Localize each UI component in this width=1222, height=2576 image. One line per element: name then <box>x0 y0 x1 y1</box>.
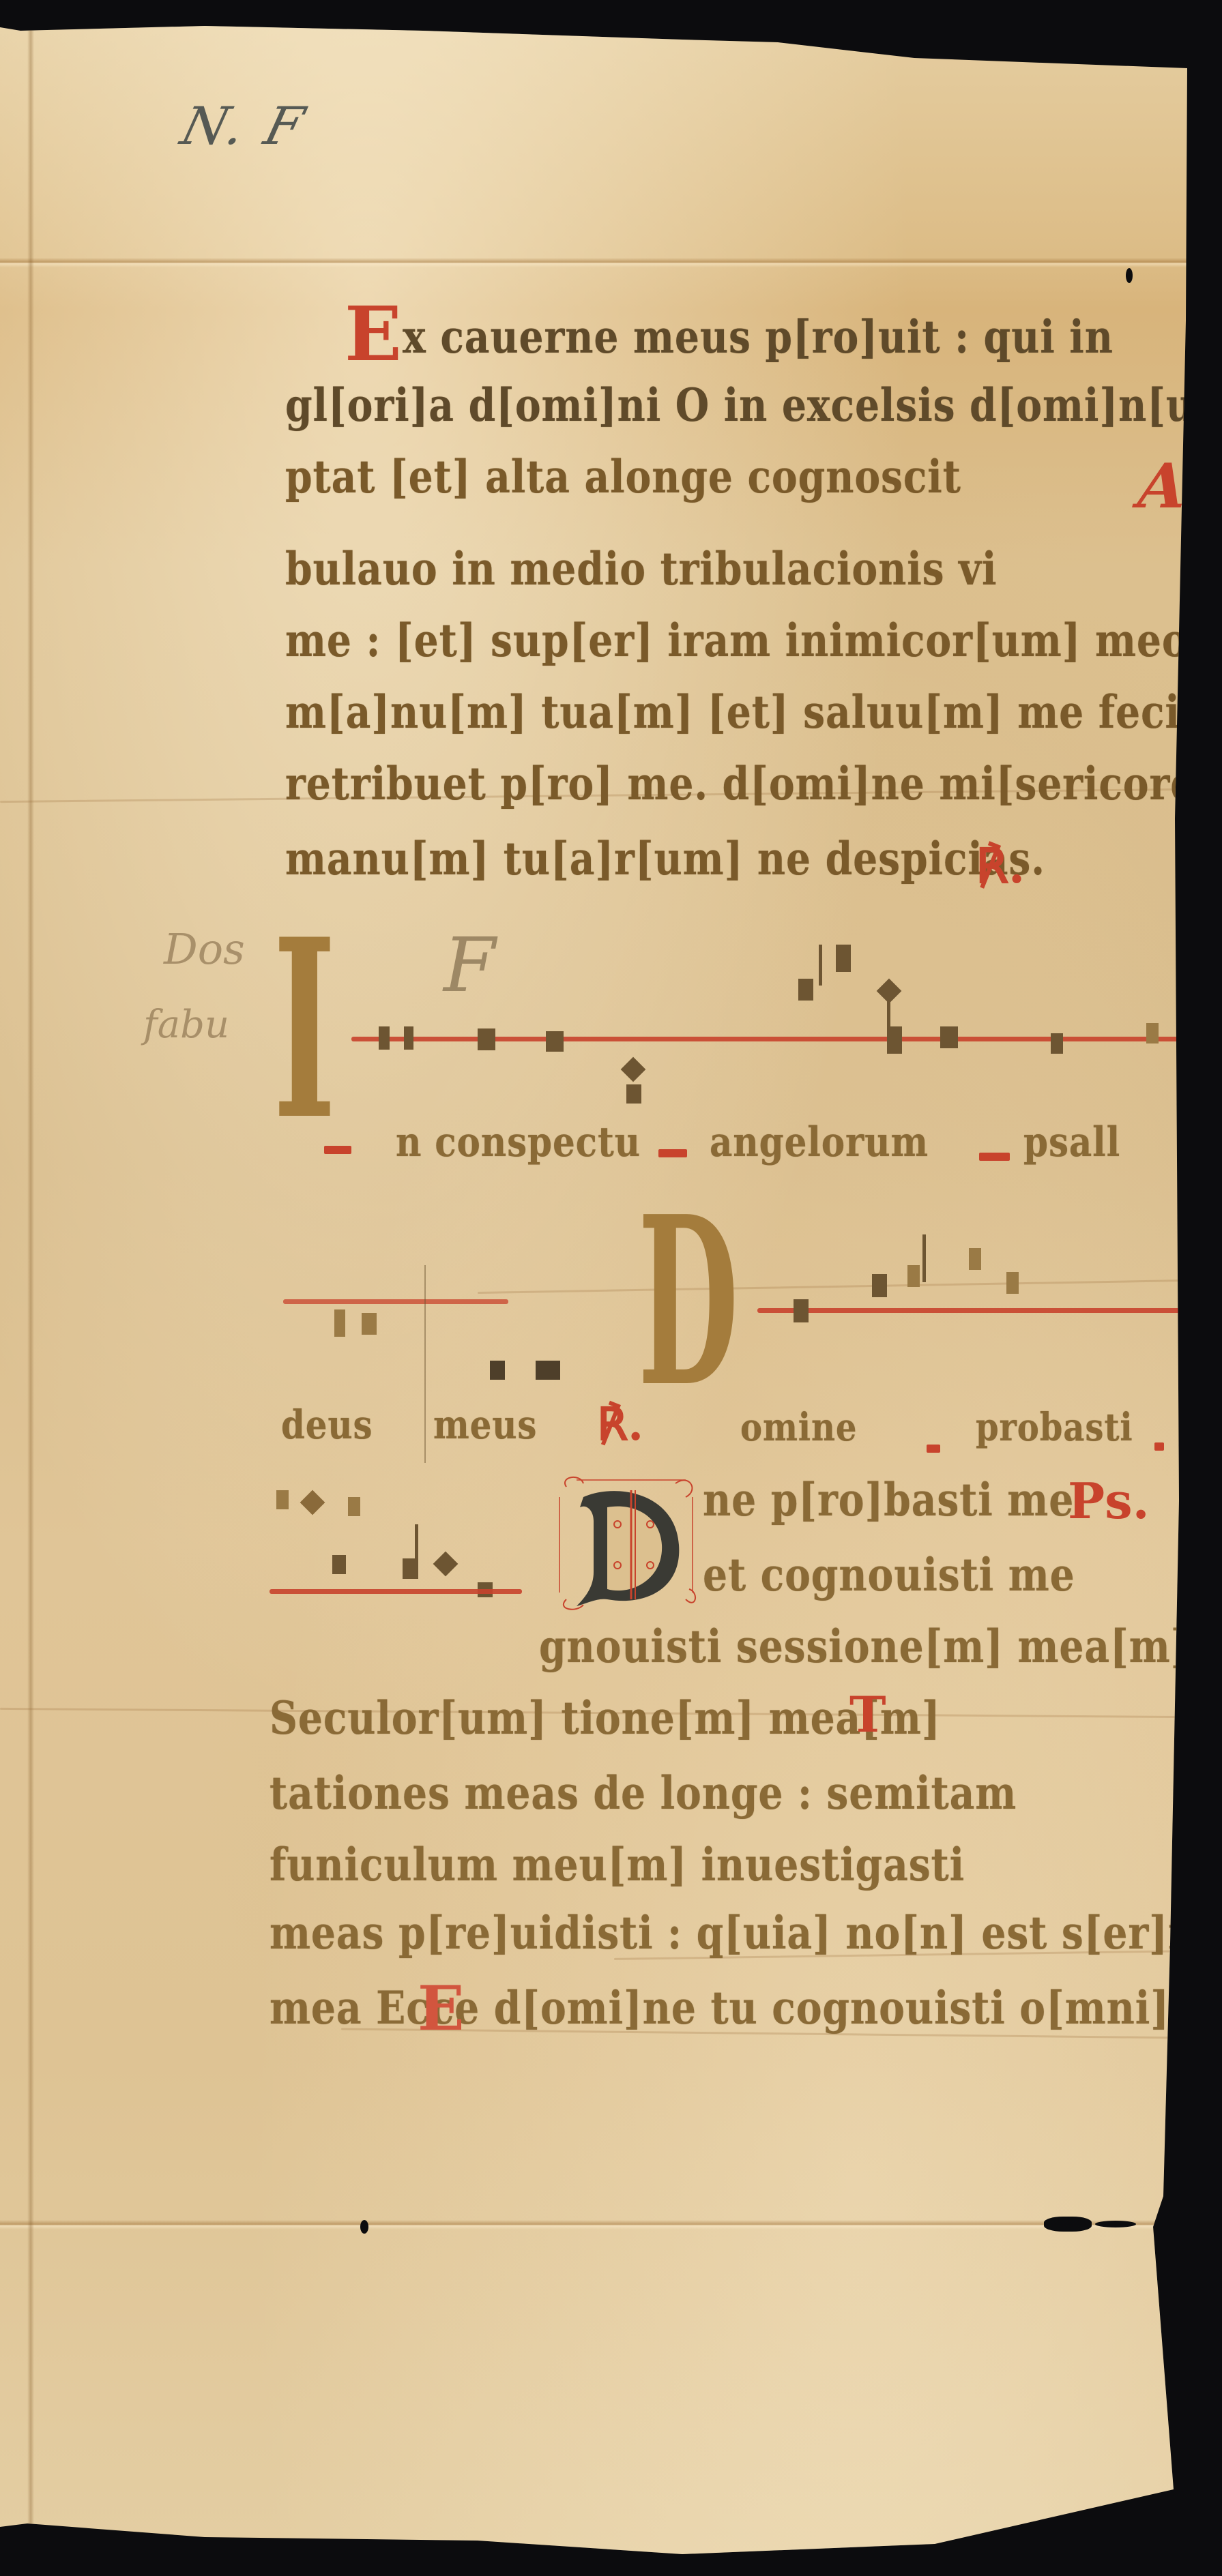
chant-2-syllable-2: meus <box>433 1402 537 1448</box>
neume <box>1051 1033 1063 1054</box>
decorated-initial-d <box>556 1470 699 1613</box>
chant-1-syllable-2: angelorum <box>710 1119 929 1166</box>
text2-line-7: meas p[re]uidisti : q[uia] no[n] est s[e… <box>270 1906 1222 1959</box>
chant-2-syllable-1: deus <box>281 1402 373 1448</box>
right-margin-rubric: A <box>1130 456 1194 517</box>
neume-stem <box>415 1524 418 1579</box>
neume-stem <box>922 1234 926 1282</box>
fold-hole <box>1126 268 1133 283</box>
neume <box>626 1084 641 1104</box>
text2-line-3: gnouisti sessione[m] mea[m] <box>539 1620 1189 1673</box>
crease <box>478 1279 1187 1294</box>
neume-diamond <box>300 1490 325 1515</box>
chant-2-continuation-1: omine <box>740 1405 857 1450</box>
neume <box>362 1313 377 1335</box>
neume-diamond <box>621 1057 646 1082</box>
text-line-4: bulauo in medio tribulacionis vi <box>285 542 997 595</box>
neume <box>969 1248 981 1270</box>
cadel-initial-i: I <box>273 907 336 1153</box>
neume <box>403 1558 415 1579</box>
text-line-5: me : [et] sup[er] iram inimicor[um] meor… <box>285 614 1222 667</box>
neume <box>836 945 851 972</box>
red-e-initial: E <box>418 1978 465 2039</box>
neume <box>1146 1023 1159 1043</box>
cadel-initial-d: D <box>638 1187 738 1419</box>
neume <box>546 1031 564 1052</box>
neume <box>404 1026 413 1050</box>
neume <box>332 1555 346 1574</box>
neume <box>478 1028 495 1050</box>
response-rubric-2: ℟. <box>597 1402 643 1447</box>
red-dash <box>927 1445 940 1453</box>
neume <box>1006 1272 1019 1294</box>
text2-line-5: tationes meas de longe : semitam <box>270 1766 1017 1820</box>
clef-mark: F <box>443 928 495 1003</box>
chant-2-continuation-2: probasti <box>976 1405 1133 1450</box>
text-line-7: retribuet p[ro] me. d[omi]ne mi[sericord… <box>285 757 1222 810</box>
margin-note-fabu: fabu <box>143 1003 229 1047</box>
text2-line-1: ne p[ro]basti me <box>703 1473 1074 1526</box>
neume <box>276 1490 289 1509</box>
red-ps-rubric: Ps. <box>1068 1477 1150 1526</box>
neume <box>887 1026 902 1054</box>
chant-1-syllable-3: psall <box>1023 1119 1120 1166</box>
fold-hole <box>360 2220 368 2234</box>
red-dash <box>1154 1442 1164 1451</box>
fold-line-top <box>0 258 1187 267</box>
staff-line-2b <box>757 1308 1180 1313</box>
text-line-6: m[a]nu[m] tua[m] [et] saluu[m] me fecit … <box>285 685 1222 739</box>
text2-line-2: et cognouisti me <box>703 1548 1075 1601</box>
red-initial-e: E <box>345 297 402 372</box>
neume <box>490 1361 505 1380</box>
parchment-leaf: N. F Dos fabu E x cauerne meus p[ro]uit … <box>0 0 1222 2576</box>
neume <box>348 1497 360 1516</box>
bar-divider <box>424 1265 426 1463</box>
neume <box>794 1299 809 1322</box>
text2-line-8: mea Ecce d[omi]ne tu cognouisti o[mni]a <box>270 1981 1195 2034</box>
text2-line-4: Seculor[um] tione[m] mea[m] <box>270 1691 941 1745</box>
text-line-3: ptat [et] alta alonge cognoscit <box>285 450 961 503</box>
staff-line-2a <box>283 1299 508 1304</box>
text-line-8: manu[m] tu[a]r[um] ne despicias. <box>285 832 1045 885</box>
staff-line-3 <box>270 1589 522 1594</box>
neume <box>379 1026 390 1050</box>
fold-hole <box>1095 2221 1136 2227</box>
neume <box>872 1274 887 1297</box>
text-line-1: x cauerne meus p[ro]uit : qui in <box>403 310 1114 364</box>
fold-line-left <box>27 27 34 2523</box>
fold-line-bottom <box>0 2220 1187 2230</box>
response-rubric: ℟. <box>976 842 1025 890</box>
neume <box>334 1309 345 1337</box>
text-line-2: gl[ori]a d[omi]ni O in excelsis d[omi]n[… <box>285 379 1222 432</box>
red-dash <box>658 1149 687 1157</box>
red-dash <box>979 1153 1010 1161</box>
fold-hole <box>1044 2217 1092 2232</box>
red-dash <box>324 1146 351 1154</box>
margin-note-dos: Dos <box>164 924 245 974</box>
neume <box>536 1361 560 1380</box>
chant-1-syllable-1: n conspectu <box>396 1119 641 1166</box>
red-t-rubric: T <box>849 1690 886 1739</box>
text2-line-6: funiculum meu[m] inuestigasti <box>270 1838 965 1891</box>
neume <box>907 1265 920 1287</box>
neume <box>798 979 813 1001</box>
neume-diamond <box>433 1552 459 1577</box>
shelfmark: N. F <box>175 95 312 156</box>
neume <box>940 1026 958 1048</box>
neume-stem <box>819 945 822 986</box>
